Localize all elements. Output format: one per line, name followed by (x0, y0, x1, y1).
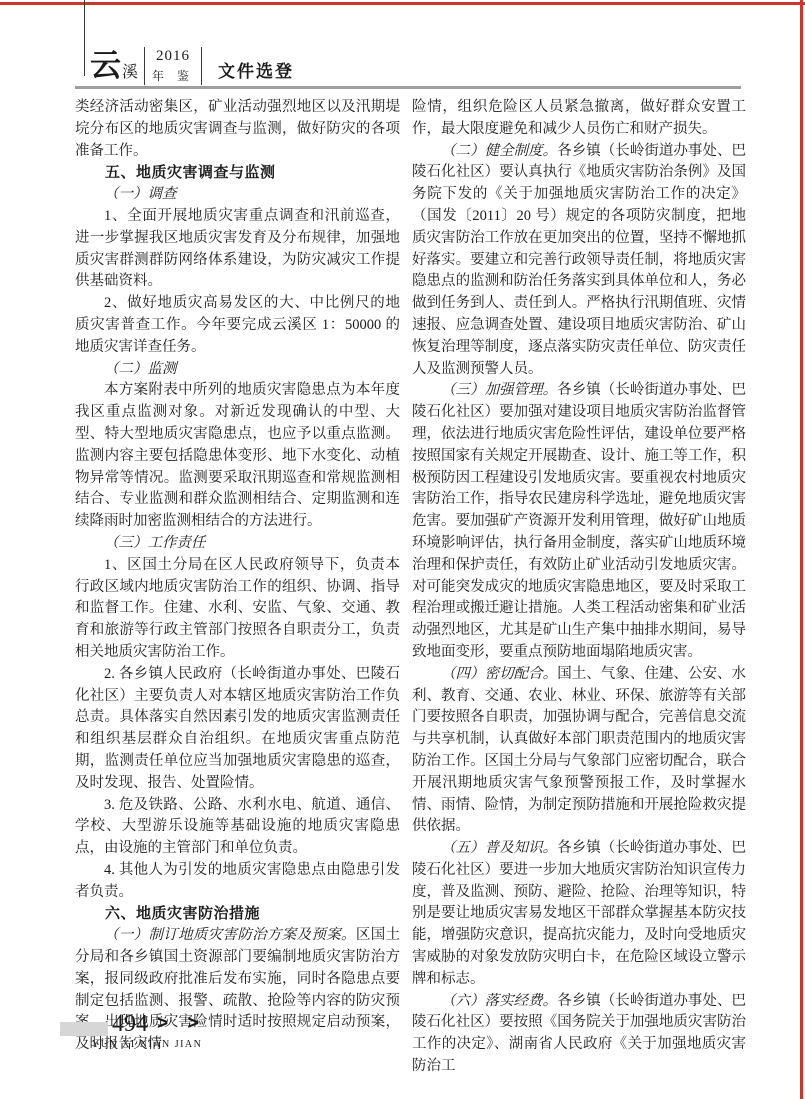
paragraph-lead: （一）制订地质灾害防治方案及预案。 (104, 927, 356, 943)
paragraph: 1、区国土分局在区人民政府领导下，负责本行政区域内地质灾害防治工作的组织、协调、… (75, 555, 400, 664)
yearbook-logo: 云 溪 2016 年 鉴 文件选登 (90, 47, 294, 85)
paragraph: 1、全面开展地质灾害重点调查和汛前巡查，进一步掌握我区地质灾害发育及分布规律，加… (75, 206, 400, 293)
sub-heading: （二）监测 (75, 359, 400, 381)
paragraph: （四）密切配合。国土、气象、住建、公安、水利、教育、交通、农业、林业、环保、旅游… (412, 664, 746, 838)
paragraph: 2、做好地质灾高易发区的大、中比例尺的地质灾害普查工作。今年要完成云溪区 1：5… (75, 293, 400, 358)
header-vertical-rule (84, 0, 85, 76)
paragraph-lead: （五）普及知识。 (441, 840, 557, 856)
page-number: 494 (112, 1010, 148, 1038)
page-number-row: 494 > > (112, 1010, 205, 1038)
header-horizontal-rule (75, 86, 741, 89)
section-heading: 六、地质灾害防治措施 (75, 903, 400, 925)
paragraph: 4. 其他人为引发的地质灾害隐患点由隐患引发者负责。 (75, 860, 400, 904)
section-heading: 五、地质灾害调查与监测 (75, 162, 400, 184)
sub-heading: （三）工作责任 (75, 533, 400, 555)
paragraph: 类经济活动密集区，矿业活动强烈地区以及汛期堤垸分布区的地质灾害调查与监测，做好防… (75, 97, 400, 162)
yearbook-romanized-name: YUN XI NIAN JIAN (92, 1039, 202, 1050)
logo-year-block: 2016 年 鉴 (145, 47, 201, 85)
logo-yearbook-label: 年 鉴 (152, 69, 194, 83)
logo-char-primary: 云 (90, 47, 121, 85)
paragraph: （二）健全制度。各乡镇（长岭街道办事处、巴陵石化社区）要认真执行《地质灾害防治条… (412, 141, 746, 381)
paragraph: （三）加强管理。各乡镇（长岭街道办事处、巴陵石化社区）要加强对建设项目地质灾害防… (412, 380, 746, 663)
section-title: 文件选登 (218, 57, 294, 82)
page-number-arrows: > > (157, 1013, 205, 1035)
paragraph: （六）落实经费。各乡镇（长岭街道办事处、巴陵石化社区）要按照《国务院关于加强地质… (412, 991, 746, 1078)
paragraph: 2. 各乡镇人民政府（长岭街道办事处、巴陵石化社区）主要负责人对本辖区地质灾害防… (75, 664, 400, 795)
sub-heading: （一）调查 (75, 184, 400, 206)
document-page: 云 溪 2016 年 鉴 文件选登 类经济活动密集区，矿业活动强烈地区以及汛期堤… (0, 0, 805, 1099)
footer-gray-box (60, 1022, 108, 1036)
paragraph-lead: （三）加强管理。 (441, 382, 557, 398)
page-top-red-border (0, 2, 805, 5)
paragraph-lead: （二）健全制度。 (441, 143, 557, 159)
paragraph: 本方案附表中所列的地质灾害隐患点为本年度我区重点监测对象。对新近发现确认的中型、… (75, 380, 400, 533)
paragraph: 险情，组织危险区人员紧急撤离，做好群众安置工作，最大限度避免和减少人员伤亡和财产… (412, 97, 746, 141)
paragraph-lead: （六）落实经费。 (441, 993, 557, 1009)
logo-divider (201, 47, 202, 85)
logo-char-secondary: 溪 (122, 63, 138, 83)
paragraph-lead: （四）密切配合。 (441, 666, 557, 682)
paragraph: （五）普及知识。各乡镇（长岭街道办事处、巴陵石化社区）要进一步加大地质灾害防治知… (412, 838, 746, 991)
logo-year: 2016 (152, 48, 194, 64)
page-right-red-border (800, 0, 803, 1099)
left-column: 类经济活动密集区，矿业活动强烈地区以及汛期堤垸分布区的地质灾害调查与监测，做好防… (75, 97, 400, 1056)
right-column: 险情，组织危险区人员紧急撤离，做好群众安置工作，最大限度避免和减少人员伤亡和财产… (412, 97, 746, 1078)
paragraph: 3. 危及铁路、公路、水利水电、航道、通信、学校、大型游乐设施等基础设施的地质灾… (75, 795, 400, 860)
